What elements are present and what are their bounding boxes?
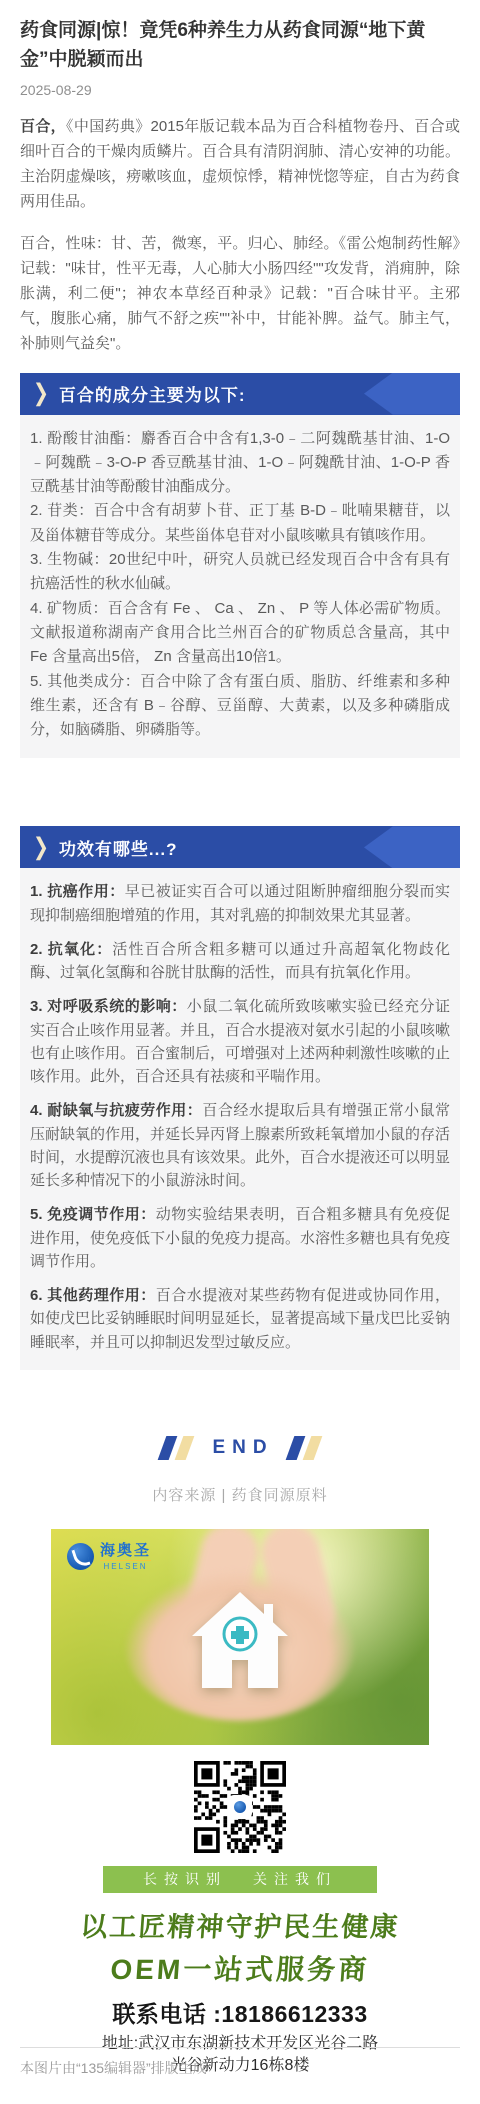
slogan-line-2: OEM一站式服务商 [19, 1948, 462, 1988]
publish-date: 2025-08-29 [20, 82, 460, 98]
list-item: 2. 抗氧化：活性百合所含粗多糖可以通过升高超氧化物歧化酶、过氧化氢酶和谷胱甘肽… [30, 938, 450, 985]
list-item: 3. 生物碱：20世纪中叶，研究人员就已经发现百合中含有具有抗癌活性的秋水仙碱。 [30, 548, 450, 597]
list-item: 4. 耐缺氧与抗疲劳作用：百合经水提取后具有增强正常小鼠常压耐缺氧的作用，并延长… [30, 1099, 450, 1192]
brand-logo-icon [67, 1543, 94, 1570]
list-item: 2. 苷类：百合中含有胡萝卜苷、正丁基 B-D﹣吡喃果糖苷，以及甾体糖苷等成分。… [30, 499, 450, 548]
chevron-right-icon: ❯ [33, 379, 49, 408]
page-footer: 本图片由“135编辑器”排版生成 [20, 2047, 460, 2104]
list-item: 4. 矿物质：百合含有 Fe 、 Ca 、 Zn 、 P 等人体必需矿物质。文献… [30, 597, 450, 670]
list-item: 1. 酚酸甘油酯：麝香百合中含有1,3-0﹣二阿魏酰基甘油、1-O﹣阿魏酰﹣3-… [30, 427, 450, 500]
brand-logo: 海奥圣 HELSEN [67, 1543, 151, 1571]
intro-paragraph: 百合，《中国药典》2015年版记载本品为百合科植物卷丹、百合或细叶百合的干燥肉质… [20, 114, 460, 215]
list-item: 1. 抗癌作用：早已被证实百合可以通过阻断肿瘤细胞分裂而实现抑制癌细胞增殖的作用… [30, 880, 450, 927]
house-medical-icon [180, 1586, 300, 1696]
page-title: 药食同源|惊！竟凭6种养生力从药食同源“地下黄金”中脱颖而出 [20, 16, 460, 75]
slogan-line-1: 以工匠精神守护民生健康 [19, 1905, 462, 1944]
divider-slab [285, 1436, 305, 1460]
section-header-label: 功效有哪些...? [59, 835, 178, 860]
article-page: 药食同源|惊！竟凭6种养生力从药食同源“地下黄金”中脱颖而出 2025-08-2… [0, 0, 480, 2104]
end-divider: END [20, 1436, 460, 1460]
ingredients-list: 1. 酚酸甘油酯：麝香百合中含有1,3-0﹣二阿魏酰基甘油、1-O﹣阿魏酰﹣3-… [20, 415, 460, 759]
qr-code [194, 1761, 286, 1853]
promo-photo: 海奥圣 HELSEN [51, 1529, 429, 1745]
qr-center-logo [230, 1797, 250, 1817]
section-header-ingredients: ❯ 百合的成分主要为以下: [20, 373, 460, 415]
editor-credit: 本图片由“135编辑器”排版生成 [20, 2048, 460, 2104]
chevron-decoration [364, 373, 460, 415]
intro-paragraph: 百合，性味：甘、苦，微寒，平。归心、肺经。《雷公炮制药性解》记载："味甘，性平无… [20, 231, 460, 357]
list-item: 5. 其他类成分：百合中除了含有蛋白质、脂肪、纤维素和多种维生素，还含有 B﹣谷… [30, 670, 450, 743]
effects-list: 1. 抗癌作用：早已被证实百合可以通过阻断肿瘤细胞分裂而实现抑制癌细胞增殖的作用… [20, 868, 460, 1370]
divider-slab [175, 1436, 195, 1460]
follow-us-label: 关注我们 [253, 1869, 337, 1889]
content-source: 内容来源 | 药食同源原料 [20, 1484, 460, 1505]
brand-name-en: HELSEN [100, 1560, 151, 1571]
list-item: 3. 对呼吸系统的影响：小鼠二氧化硫所致咳嗽实验已经充分证实百合止咳作用显著。并… [30, 995, 450, 1088]
divider-slab [302, 1436, 322, 1460]
chevron-right-icon: ❯ [33, 833, 49, 862]
section-header-label: 百合的成分主要为以下: [59, 381, 246, 406]
brand-name-cn: 海奥圣 [100, 1543, 151, 1559]
contact-phone: 联系电话 :18186612333 [20, 1996, 460, 2029]
chevron-decoration [364, 826, 460, 868]
slogan: 以工匠精神守护民生健康 OEM一站式服务商 [20, 1905, 460, 1988]
long-press-label: 长按识别 [143, 1869, 227, 1889]
follow-banner: 长按识别 关注我们 [103, 1866, 377, 1893]
list-item: 5. 免疫调节作用：动物实验结果表明，百合粗多糖具有免疫促进作用，使免疫低下小鼠… [30, 1203, 450, 1273]
end-label: END [212, 1437, 273, 1459]
section-header-effects: ❯ 功效有哪些...? [20, 826, 460, 868]
list-item: 6. 其他药理作用：百合水提液对某些药物有促进或协同作用，如使戊巴比妥钠睡眠时间… [30, 1284, 450, 1354]
intro-paragraphs: 百合，《中国药典》2015年版记载本品为百合科植物卷丹、百合或细叶百合的干燥肉质… [20, 114, 460, 357]
